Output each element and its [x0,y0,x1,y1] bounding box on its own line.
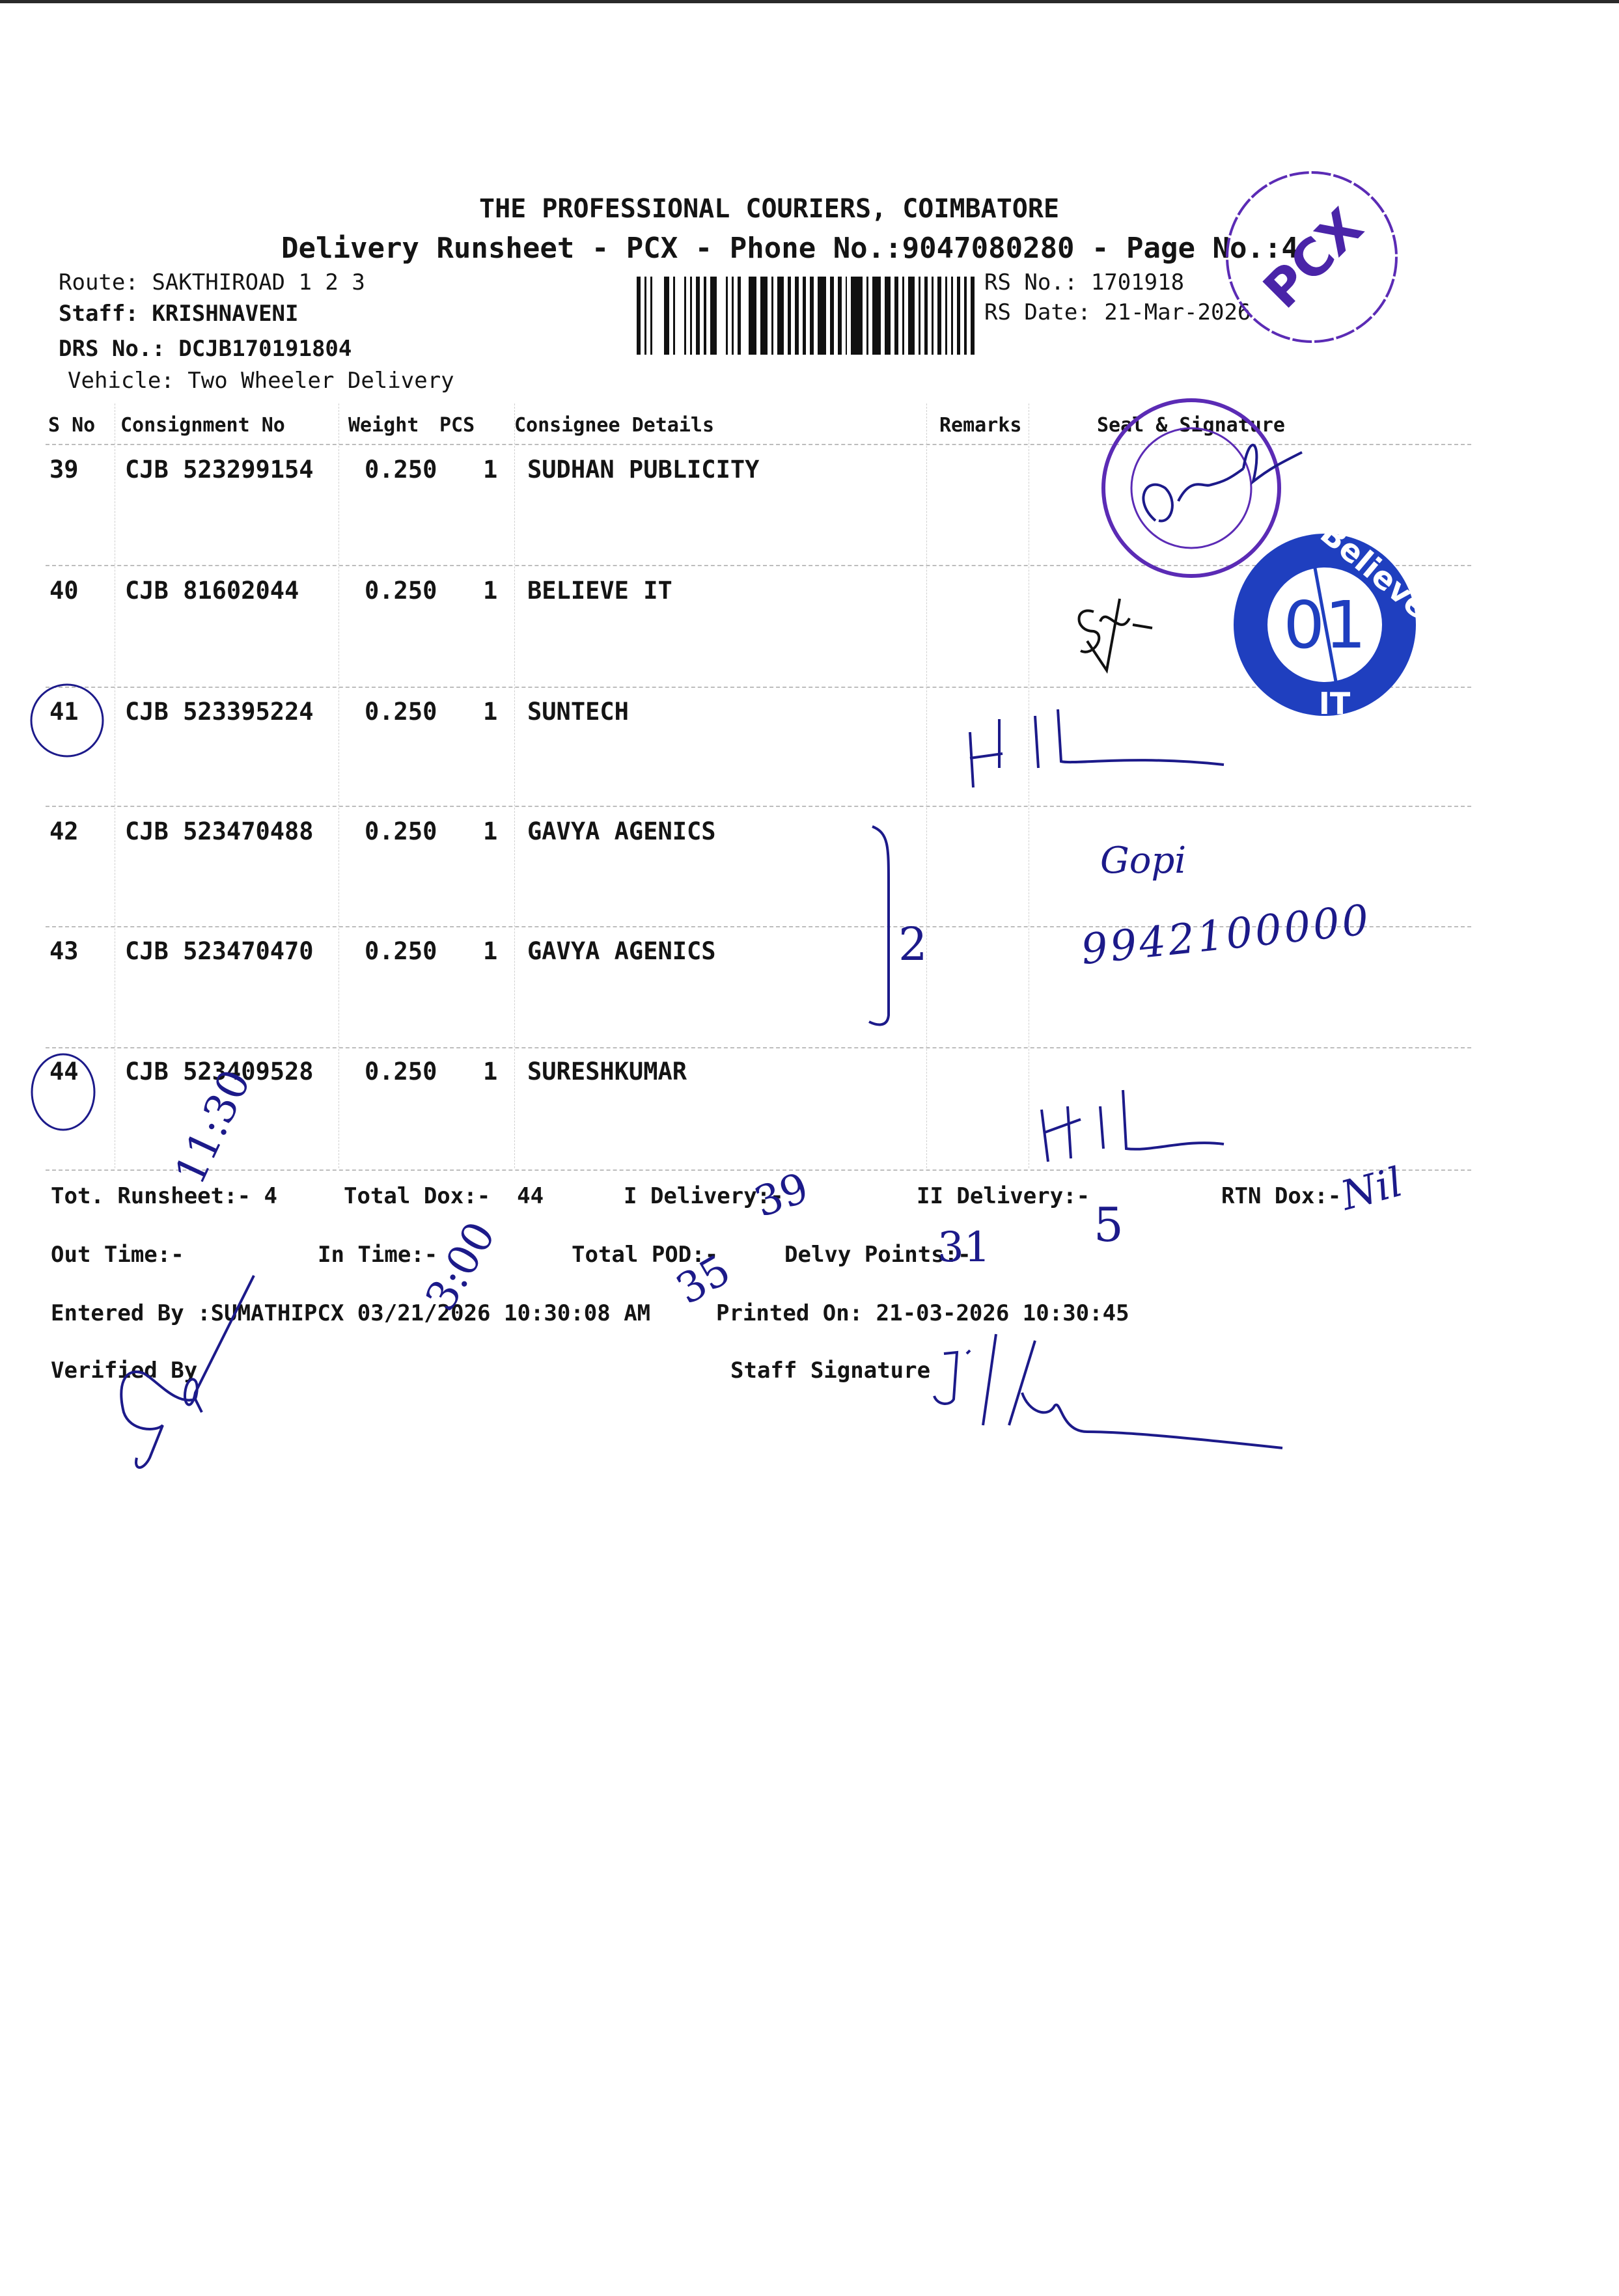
col-header-pcs: PCS [439,414,475,437]
staff-signature-label: Staff Signature [730,1358,930,1384]
scan-edge [0,0,1619,3]
row-weight: 0.250 [365,937,437,965]
row-divider [46,1169,1471,1171]
staff-label: Staff: [59,301,139,327]
staff-line: Staff: KRISHNAVENI [59,301,298,327]
total-dox-label: Total Dox:- [344,1183,490,1209]
barcode-icon [637,277,978,355]
vehicle-value: Two Wheeler Delivery [187,368,454,394]
row-pcs: 1 [483,1058,497,1086]
rs-number: RS No.: 1701918 [984,269,1184,295]
col-header-consignment: Consignment No [120,414,285,437]
circle-mark-icon [23,680,120,767]
col-divider [339,403,339,1168]
vehicle-label: Vehicle: [68,368,174,394]
row-consignee: BELIEVE IT [527,577,672,605]
runsheet-subtitle: Delivery Runsheet - PCX - Phone No.:9047… [281,232,1299,265]
out-time-label: Out Time:- [51,1242,184,1268]
row-pcs: 1 [483,577,497,605]
company-title: THE PROFESSIONAL COURIERS, COIMBATORE [479,194,1059,224]
row-pcs: 1 [483,817,497,845]
row-consignee: SUDHAN PUBLICITY [527,456,759,484]
contact-phone: 9942100000 [1079,896,1373,974]
route-label: Route: [59,269,139,295]
circle-mark-icon [23,1049,120,1136]
svg-text:IT: IT [1319,686,1351,721]
row-weight: 0.250 [365,1058,437,1086]
svg-text:01: 01 [1283,587,1366,663]
row-sno: 43 [49,937,79,965]
row-consignment: CJB 81602044 [125,577,299,605]
col-header-sno: S No [48,414,95,437]
row-consignee: SURESHKUMAR [527,1058,687,1086]
contact-name: Gopi [1100,840,1186,882]
remark-hil-44 [1029,1080,1302,1168]
row-divider [46,806,1471,807]
drs-value: DCJB170191804 [178,336,352,362]
pcx-stamp-icon: PCX [1208,153,1422,370]
row-weight: 0.250 [365,456,437,484]
row-pcs: 1 [483,456,497,484]
total-dox: Total Dox:- 44 [344,1183,544,1209]
tot-runsheet-label: Tot. Runsheet:- [51,1183,251,1209]
total-dox-value: 44 [517,1183,544,1209]
vehicle-line: Vehicle: Two Wheeler Delivery [68,368,454,394]
row-consignee: GAVYA AGENICS [527,937,716,965]
row-pcs: 1 [483,698,497,726]
route-value: SAKTHIROAD 1 2 3 [152,269,365,295]
believe-it-stamp-icon: 01 Believe IT [1230,530,1419,722]
row-weight: 0.250 [365,577,437,605]
verified-by-signature-icon [98,1276,267,1499]
col-header-consignee: Consignee Details [514,414,714,437]
row-consignment: CJB 523470470 [125,937,314,965]
i-delivery-hand: 39 [749,1164,815,1227]
row-pcs: 1 [483,937,497,965]
svg-text:PCX: PCX [1252,198,1374,320]
row-weight: 0.250 [365,698,437,726]
rtn-dox-hand: Nil [1336,1158,1407,1220]
printed-on: Printed On: 21-03-2026 10:30:45 [716,1300,1129,1326]
in-time-label: In Time:- [318,1242,437,1268]
delvy-points-hand: 31 [937,1223,990,1272]
row-consignment: CJB 523395224 [125,698,314,726]
row-consignee: GAVYA AGENICS [527,817,716,845]
col-header-remarks: Remarks [939,414,1021,437]
row-sno: 39 [49,456,79,484]
rtn-dox-label: RTN Dox:- [1221,1183,1341,1209]
remark-hil-41 [963,703,1237,797]
row-consignment: CJB 523470488 [125,817,314,845]
row-divider [46,1047,1471,1048]
drs-line: DRS No.: DCJB170191804 [59,336,352,362]
col-header-weight: Weight [348,414,419,437]
ii-delivery-hand: 5 [1094,1197,1124,1252]
row-consignment: CJB 523299154 [125,456,314,484]
staff-signature-icon [931,1334,1295,1454]
drs-label: DRS No.: [59,336,165,362]
col-divider [926,403,927,1168]
row-sno: 40 [49,577,79,605]
tot-runsheet: Tot. Runsheet:- 4 [51,1183,277,1209]
signature-sugha-icon [1068,586,1172,679]
row-sno: 42 [49,817,79,845]
bracket-count: 2 [898,918,928,971]
staff-value: KRISHNAVENI [152,301,298,327]
row-weight: 0.250 [365,817,437,845]
row-consignee: SUNTECH [527,698,629,726]
tot-runsheet-value: 4 [264,1183,277,1209]
col-divider [514,403,515,1168]
route-line: Route: SAKTHIROAD 1 2 3 [59,269,365,295]
ii-delivery-label: II Delivery:- [917,1183,1090,1209]
